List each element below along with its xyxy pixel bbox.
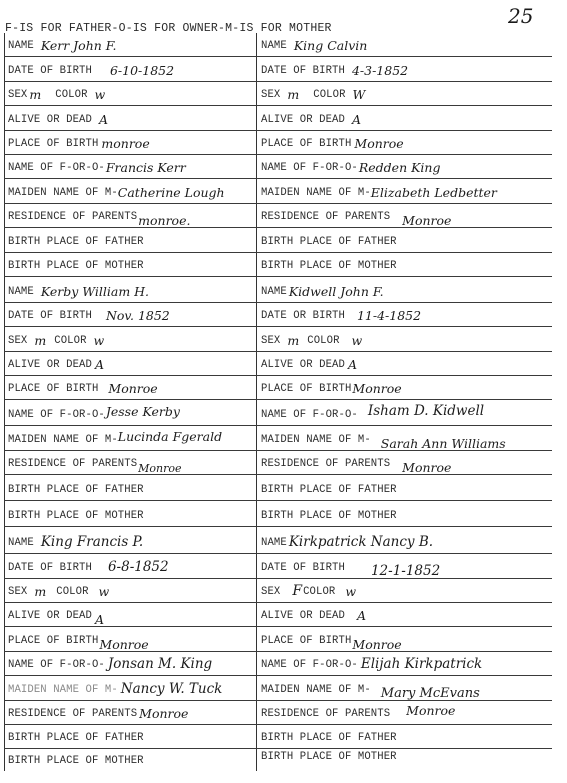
field-name-of-f-or-o: NAME OF F-OR-O- Jesse Kerby [4, 400, 257, 425]
value-maiden-name-of-m: Lucinda Fgerald [118, 429, 222, 444]
label-place-of-birth: PLACE OF BIRTH [261, 138, 351, 150]
field-birth-place-of-father: BIRTH PLACE OF FATHER [257, 228, 552, 251]
field-birth-place-of-father: BIRTH PLACE OF FATHER [4, 228, 257, 251]
label-place-of-birth: PLACE OF BIRTH [261, 383, 351, 395]
row-name-of-f-or-o: NAME OF F-OR-O- Francis Kerr NAME OF F-O… [4, 155, 552, 179]
field-birth-place-of-mother: BIRTH PLACE OF MOTHER [4, 501, 257, 526]
value-alive-or-dead: A [352, 112, 361, 127]
row-residence-of-parents: RESIDENCE OF PARENTS Monroe RESIDENCE OF… [4, 701, 552, 725]
field-maiden-name-of-m: MAIDEN NAME OF M- Lucinda Fgerald [4, 426, 257, 449]
field-residence-of-parents: RESIDENCE OF PARENTS Monroe [257, 451, 552, 474]
label-residence-of-parents: RESIDENCE OF PARENTS [261, 708, 390, 720]
value-name-of-f-or-o: Redden King [359, 160, 441, 175]
field-place-of-birth: PLACE OF BIRTH monroe [4, 131, 257, 154]
label-sex: SEX [8, 89, 27, 101]
value-color: w [99, 584, 110, 599]
field-place-of-birth: PLACE OF BIRTH Monroe [4, 376, 257, 399]
field-name: NAME Kerby William H. [4, 277, 257, 302]
value-date-of-birth: 12-1-1852 [371, 563, 440, 579]
value-residence-of-parents: monroe. [138, 213, 190, 228]
row-birth-place-of-father: BIRTH PLACE OF FATHER BIRTH PLACE OF FAT… [4, 725, 552, 749]
row-alive-or-dead: ALIVE OR DEAD A ALIVE OR DEAD A [4, 352, 552, 376]
label-alive-or-dead: ALIVE OR DEAD [261, 114, 345, 126]
value-maiden-name-of-m: Elizabeth Ledbetter [371, 185, 497, 200]
field-alive-or-dead: ALIVE OR DEAD A [4, 352, 257, 375]
value-color: w [345, 584, 356, 599]
row-place-of-birth: PLACE OF BIRTH monroe PLACE OF BIRTH Mon… [4, 131, 552, 155]
field-alive-or-dead: ALIVE OR DEAD A [4, 603, 257, 626]
label-birth-place-of-father: BIRTH PLACE OF FATHER [261, 236, 397, 248]
label-name: NAME [261, 40, 287, 52]
field-residence-of-parents: RESIDENCE OF PARENTS Monroe [4, 451, 257, 474]
record-block-2: NAME Kerby William H. NAME Kidwell John … [4, 277, 552, 527]
field-maiden-name-of-m: MAIDEN NAME OF M- Elizabeth Ledbetter [257, 179, 552, 202]
value-place-of-birth: Monroe [99, 637, 148, 652]
value-residence-of-parents: Monroe [139, 706, 188, 721]
label-color: COLOR [55, 89, 87, 101]
value-date-of-birth: 11-4-1852 [357, 308, 421, 323]
value-alive-or-dead: A [95, 612, 104, 627]
field-maiden-name-of-m: MAIDEN NAME OF M- Nancy W. Tuck [4, 676, 257, 699]
value-alive-or-dead: A [357, 608, 366, 623]
label-name: NAME [261, 537, 287, 549]
field-maiden-name-of-m: MAIDEN NAME OF M- Catherine Lough [4, 179, 257, 202]
label-maiden-name-of-m: MAIDEN NAME OF M- [8, 187, 118, 199]
row-date-of-birth: DATE OF BIRTH Nov. 1852 DATE OR BIRTH 11… [4, 303, 552, 327]
value-name: Kidwell John F. [289, 284, 384, 299]
label-alive-or-dead: ALIVE OR DEAD [8, 359, 92, 371]
value-date-of-birth: Nov. 1852 [106, 308, 170, 323]
label-maiden-name-of-m: MAIDEN NAME OF M- [261, 187, 371, 199]
row-alive-or-dead: ALIVE OR DEAD A ALIVE OR DEAD A [4, 106, 552, 130]
label-color: COLOR [307, 335, 339, 347]
page-number: 25 [508, 4, 533, 28]
field-name-of-f-or-o: NAME OF F-OR-O- Isham D. Kidwell [257, 400, 552, 425]
value-name: Kirkpatrick Nancy B. [289, 534, 433, 550]
row-alive-or-dead: ALIVE OR DEAD A ALIVE OR DEAD A [4, 603, 552, 627]
field-residence-of-parents: RESIDENCE OF PARENTS Monroe [257, 701, 552, 724]
value-place-of-birth: Monroe [354, 136, 403, 151]
value-alive-or-dead: A [95, 357, 104, 372]
field-name: NAME Kerr John F. [4, 33, 257, 56]
value-date-of-birth: 4-3-1852 [352, 63, 408, 78]
label-name-of-f-or-o: NAME OF F-OR-O- [8, 409, 105, 421]
value-maiden-name-of-m: Catherine Lough [118, 185, 225, 200]
row-birth-place-of-father: BIRTH PLACE OF FATHER BIRTH PLACE OF FAT… [4, 228, 552, 252]
field-name: NAME Kirkpatrick Nancy B. [257, 527, 552, 553]
value-name-of-f-or-o: Elijah Kirkpatrick [361, 656, 482, 672]
value-sex: m [287, 333, 299, 348]
label-maiden-name-of-m: MAIDEN NAME OF M- [8, 684, 118, 696]
field-maiden-name-of-m: MAIDEN NAME OF M- Mary McEvans [257, 676, 552, 699]
value-sex: F [292, 583, 302, 599]
row-name: NAME Kerr John F. NAME King Calvin [4, 33, 552, 57]
label-residence-of-parents: RESIDENCE OF PARENTS [8, 708, 137, 720]
field-date-of-birth: DATE OF BIRTH Nov. 1852 [4, 303, 257, 326]
field-maiden-name-of-m: MAIDEN NAME OF M- Sarah Ann Williams [257, 426, 552, 449]
field-birth-place-of-father: BIRTH PLACE OF FATHER [4, 475, 257, 500]
label-color: COLOR [313, 89, 345, 101]
label-date-of-birth: DATE OF BIRTH [8, 65, 92, 77]
field-alive-or-dead: ALIVE OR DEAD A [4, 106, 257, 129]
label-date-of-birth: DATE OF BIRTH [8, 562, 92, 574]
value-name-of-f-or-o: Francis Kerr [106, 160, 186, 175]
row-date-of-birth: DATE OF BIRTH 6-8-1852 DATE OF BIRTH 12-… [4, 554, 552, 578]
field-birth-place-of-mother: BIRTH PLACE OF MOTHER [257, 749, 552, 771]
label-color: COLOR [303, 586, 335, 598]
field-sex-color: SEX m COLOR w [4, 327, 257, 350]
value-date-of-birth: 6-8-1852 [108, 559, 169, 575]
label-birth-place-of-mother: BIRTH PLACE OF MOTHER [261, 510, 397, 522]
field-birth-place-of-father: BIRTH PLACE OF FATHER [257, 725, 552, 748]
value-residence-of-parents: Monroe [138, 462, 181, 475]
row-date-of-birth: DATE OF BIRTH 6-10-1852 DATE OF BIRTH 4-… [4, 57, 552, 81]
label-residence-of-parents: RESIDENCE OF PARENTS [8, 211, 137, 223]
field-birth-place-of-father: BIRTH PLACE OF FATHER [257, 475, 552, 500]
value-name: Kerby William H. [41, 284, 149, 299]
label-sex: SEX [8, 586, 27, 598]
label-alive-or-dead: ALIVE OR DEAD [261, 610, 345, 622]
field-birth-place-of-mother: BIRTH PLACE OF MOTHER [4, 749, 257, 771]
field-place-of-birth: PLACE OF BIRTH Monroe [4, 627, 257, 650]
field-name: NAME King Francis P. [4, 527, 257, 553]
row-birth-place-of-mother: BIRTH PLACE OF MOTHER BIRTH PLACE OF MOT… [4, 749, 552, 771]
label-place-of-birth: PLACE OF BIRTH [8, 383, 98, 395]
label-name: NAME [261, 286, 287, 298]
label-birth-place-of-father: BIRTH PLACE OF FATHER [261, 484, 397, 496]
label-name: NAME [8, 286, 34, 298]
row-maiden-name-of-m: MAIDEN NAME OF M- Lucinda Fgerald MAIDEN… [4, 426, 552, 450]
label-maiden-name-of-m: MAIDEN NAME OF M- [8, 434, 118, 446]
field-alive-or-dead: ALIVE OR DEAD A [257, 106, 552, 129]
value-residence-of-parents: Monroe [402, 460, 451, 475]
value-date-of-birth: 6-10-1852 [110, 63, 174, 78]
label-birth-place-of-mother: BIRTH PLACE OF MOTHER [8, 510, 144, 522]
label-date-of-birth: DATE OF BIRTH [261, 65, 345, 77]
row-name-of-f-or-o: NAME OF F-OR-O- Jonsan M. King NAME OF F… [4, 652, 552, 676]
value-place-of-birth: Monroe [352, 637, 401, 652]
label-place-of-birth: PLACE OF BIRTH [261, 635, 351, 647]
value-place-of-birth: Monroe [108, 381, 157, 396]
field-name: NAME Kidwell John F. [257, 277, 552, 302]
label-birth-place-of-mother: BIRTH PLACE OF MOTHER [8, 755, 144, 767]
label-birth-place-of-father: BIRTH PLACE OF FATHER [8, 732, 144, 744]
value-name-of-f-or-o: Jonsan M. King [108, 656, 212, 672]
label-name-of-f-or-o: NAME OF F-OR-O- [8, 659, 105, 671]
label-place-of-birth: PLACE OF BIRTH [8, 635, 98, 647]
row-sex-color: SEX m COLOR w SEX m COLOR w [4, 327, 552, 351]
label-birth-place-of-father: BIRTH PLACE OF FATHER [8, 484, 144, 496]
row-place-of-birth: PLACE OF BIRTH Monroe PLACE OF BIRTH Mon… [4, 376, 552, 400]
label-alive-or-dead: ALIVE OR DEAD [8, 610, 92, 622]
record-block-3: NAME King Francis P. NAME Kirkpatrick Na… [4, 527, 552, 771]
label-birth-place-of-mother: BIRTH PLACE OF MOTHER [261, 260, 397, 272]
label-color: COLOR [56, 586, 88, 598]
label-color: COLOR [54, 335, 86, 347]
row-residence-of-parents: RESIDENCE OF PARENTS monroe. RESIDENCE O… [4, 204, 552, 228]
field-birth-place-of-mother: BIRTH PLACE OF MOTHER [4, 253, 257, 276]
row-place-of-birth: PLACE OF BIRTH Monroe PLACE OF BIRTH Mon… [4, 627, 552, 651]
value-color: w [94, 333, 105, 348]
field-birth-place-of-mother: BIRTH PLACE OF MOTHER [257, 253, 552, 276]
field-residence-of-parents: RESIDENCE OF PARENTS Monroe [257, 204, 552, 227]
value-name: King Francis P. [41, 534, 143, 550]
label-name-of-f-or-o: NAME OF F-OR-O- [261, 409, 358, 421]
label-maiden-name-of-m: MAIDEN NAME OF M- [261, 434, 371, 446]
value-residence-of-parents: Monroe [402, 213, 451, 228]
label-maiden-name-of-m: MAIDEN NAME OF M- [261, 684, 371, 696]
row-sex-color: SEX m COLOR w SEX m COLOR W [4, 82, 552, 106]
value-sex: m [34, 333, 46, 348]
field-sex-color: SEX m COLOR w [257, 327, 552, 350]
label-name: NAME [8, 537, 34, 549]
label-date-of-birth: DATE OF BIRTH [8, 310, 92, 322]
label-date-of-birth: DATE OF BIRTH [261, 562, 345, 574]
label-sex: SEX [8, 335, 27, 347]
record-block-1: NAME Kerr John F. NAME King Calvin DATE … [4, 33, 552, 277]
value-maiden-name-of-m: Nancy W. Tuck [121, 681, 223, 697]
label-alive-or-dead: ALIVE OR DEAD [8, 114, 92, 126]
label-name-of-f-or-o: NAME OF F-OR-O- [261, 162, 358, 174]
field-date-of-birth: DATE OF BIRTH 6-10-1852 [4, 57, 257, 80]
label-residence-of-parents: RESIDENCE OF PARENTS [261, 458, 390, 470]
field-date-of-birth: DATE OR BIRTH 11-4-1852 [257, 303, 552, 326]
row-maiden-name-of-m: MAIDEN NAME OF M- Nancy W. Tuck MAIDEN N… [4, 676, 552, 700]
row-birth-place-of-father: BIRTH PLACE OF FATHER BIRTH PLACE OF FAT… [4, 475, 552, 501]
field-date-of-birth: DATE OF BIRTH 12-1-1852 [257, 554, 552, 577]
field-place-of-birth: PLACE OF BIRTH Monroe [257, 131, 552, 154]
field-sex-color: SEX m COLOR w [4, 82, 257, 105]
field-sex-color: SEX m COLOR W [257, 82, 552, 105]
field-name: NAME King Calvin [257, 33, 552, 56]
field-alive-or-dead: ALIVE OR DEAD A [257, 603, 552, 626]
value-place-of-birth: monroe [101, 136, 149, 151]
label-residence-of-parents: RESIDENCE OF PARENTS [261, 211, 390, 223]
row-name-of-f-or-o: NAME OF F-OR-O- Jesse Kerby NAME OF F-OR… [4, 400, 552, 426]
value-name: King Calvin [294, 38, 368, 53]
value-name-of-f-or-o: Isham D. Kidwell [368, 403, 484, 419]
field-place-of-birth: PLACE OF BIRTH Monroe [257, 376, 552, 399]
field-place-of-birth: PLACE OF BIRTH Monroe [257, 627, 552, 650]
row-sex-color: SEX m COLOR w SEX F COLOR w [4, 579, 552, 603]
label-residence-of-parents: RESIDENCE OF PARENTS [8, 458, 137, 470]
row-residence-of-parents: RESIDENCE OF PARENTS Monroe RESIDENCE OF… [4, 451, 552, 475]
label-name-of-f-or-o: NAME OF F-OR-O- [261, 659, 358, 671]
label-name-of-f-or-o: NAME OF F-OR-O- [8, 162, 105, 174]
label-birth-place-of-mother: BIRTH PLACE OF MOTHER [8, 260, 144, 272]
birth-records-form: NAME Kerr John F. NAME King Calvin DATE … [4, 33, 552, 771]
row-name: NAME Kerby William H. NAME Kidwell John … [4, 277, 552, 303]
field-birth-place-of-father: BIRTH PLACE OF FATHER [4, 725, 257, 748]
value-sex: m [34, 584, 46, 599]
label-alive-or-dead: ALIVE OR DEAD [261, 359, 345, 371]
row-name: NAME King Francis P. NAME Kirkpatrick Na… [4, 527, 552, 554]
label-sex: SEX [261, 586, 280, 598]
value-maiden-name-of-m: Sarah Ann Williams [381, 436, 506, 451]
value-name: Kerr John F. [41, 38, 117, 53]
field-name-of-f-or-o: NAME OF F-OR-O- Jonsan M. King [4, 652, 257, 675]
field-birth-place-of-mother: BIRTH PLACE OF MOTHER [257, 501, 552, 526]
value-alive-or-dead: A [99, 112, 108, 127]
field-date-of-birth: DATE OF BIRTH 6-8-1852 [4, 554, 257, 577]
field-residence-of-parents: RESIDENCE OF PARENTS Monroe [4, 701, 257, 724]
value-sex: m [29, 87, 41, 102]
row-birth-place-of-mother: BIRTH PLACE OF MOTHER BIRTH PLACE OF MOT… [4, 253, 552, 277]
label-birth-place-of-father: BIRTH PLACE OF FATHER [261, 732, 397, 744]
value-color: w [95, 87, 106, 102]
row-maiden-name-of-m: MAIDEN NAME OF M- Catherine Lough MAIDEN… [4, 179, 552, 203]
field-date-of-birth: DATE OF BIRTH 4-3-1852 [257, 57, 552, 80]
label-birth-place-of-father: BIRTH PLACE OF FATHER [8, 236, 144, 248]
row-birth-place-of-mother: BIRTH PLACE OF MOTHER BIRTH PLACE OF MOT… [4, 501, 552, 527]
field-sex-color: SEX m COLOR w [4, 579, 257, 602]
value-color: W [353, 87, 366, 102]
value-color: w [352, 333, 363, 348]
field-name-of-f-or-o: NAME OF F-OR-O- Redden King [257, 155, 552, 178]
value-sex: m [287, 87, 299, 102]
label-sex: SEX [261, 335, 280, 347]
field-sex-color: SEX F COLOR w [257, 579, 552, 602]
label-sex: SEX [261, 89, 280, 101]
value-residence-of-parents: Monroe [406, 703, 455, 718]
field-residence-of-parents: RESIDENCE OF PARENTS monroe. [4, 204, 257, 227]
value-alive-or-dead: A [348, 357, 357, 372]
label-date-or-birth: DATE OR BIRTH [261, 310, 345, 322]
field-name-of-f-or-o: NAME OF F-OR-O- Elijah Kirkpatrick [257, 652, 552, 675]
label-place-of-birth: PLACE OF BIRTH [8, 138, 98, 150]
field-alive-or-dead: ALIVE OR DEAD A [257, 352, 552, 375]
value-maiden-name-of-m: Mary McEvans [381, 686, 480, 701]
value-place-of-birth: Monroe [352, 381, 401, 396]
label-birth-place-of-mother: BIRTH PLACE OF MOTHER [261, 751, 397, 763]
label-name: NAME [8, 40, 34, 52]
field-name-of-f-or-o: NAME OF F-OR-O- Francis Kerr [4, 155, 257, 178]
value-name-of-f-or-o: Jesse Kerby [106, 404, 180, 419]
